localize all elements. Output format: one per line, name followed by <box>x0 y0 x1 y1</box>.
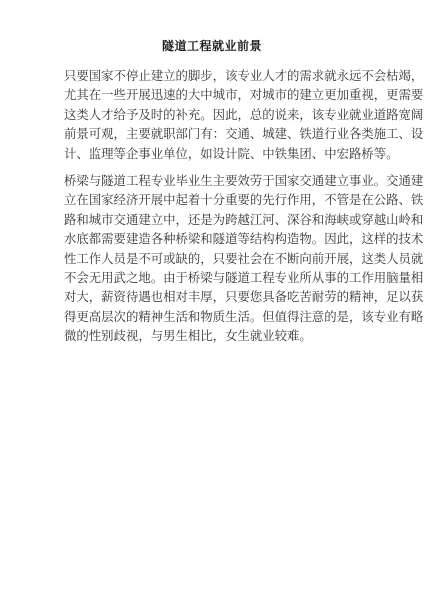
paragraph-line: 桥梁与隧道工程专业毕业生主要效劳于国家交通建立事业。交通建 <box>64 171 366 190</box>
paragraph-1: 只要国家不停止建立的脚步，该专业人才的需求就永远不会枯竭， 尤其在一些开展迅速的… <box>64 66 366 163</box>
paragraph-line: 只要国家不停止建立的脚步，该专业人才的需求就永远不会枯竭， <box>64 66 366 85</box>
paragraph-line: 对大，薪资待遇也相对丰厚，只要您具备吃苦耐劳的精神，足以获 <box>64 287 366 306</box>
paragraph-line: 计、监理等企事业单位，如设计院、中铁集团、中宏路桥等。 <box>64 144 366 163</box>
paragraph-line: 前景可观，主要就职部门有：交通、城建、铁道行业各类施工、设 <box>64 124 366 143</box>
paragraph-line: 路和城市交通建立中，还是为跨越江河、深谷和海峡或穿越山岭和 <box>64 210 366 229</box>
paragraph-line: 不会无用武之地。由于桥梁与隧道工程专业所从事的工作用脑量相 <box>64 268 366 287</box>
document-page: 隧道工程就业前景 只要国家不停止建立的脚步，该专业人才的需求就永远不会枯竭， 尤… <box>0 0 424 600</box>
paragraph-2: 桥梁与隧道工程专业毕业生主要效劳于国家交通建立事业。交通建 立在国家经济开展中起… <box>64 171 366 346</box>
paragraph-line: 微的性别歧视，与男生相比，女生就业较难。 <box>64 326 366 345</box>
paragraph-line: 水底都需要建造各种桥梁和隧道等结构构造物。因此，这样的技术 <box>64 229 366 248</box>
document-title: 隧道工程就业前景 <box>0 38 424 54</box>
paragraph-line: 得更高层次的精神生活和物质生活。但值得注意的是，该专业有略 <box>64 307 366 326</box>
paragraph-line: 立在国家经济开展中起着十分重要的先行作用，不管是在公路、铁 <box>64 190 366 209</box>
paragraph-line: 尤其在一些开展迅速的大中城市，对城市的建立更加重视，更需要 <box>64 85 366 104</box>
paragraph-line: 这类人才给予及时的补充。因此，总的说来，该专业就业道路宽阔 <box>64 105 366 124</box>
paragraph-line: 性工作人员是不可或缺的，只要社会在不断向前开展，这类人员就 <box>64 249 366 268</box>
